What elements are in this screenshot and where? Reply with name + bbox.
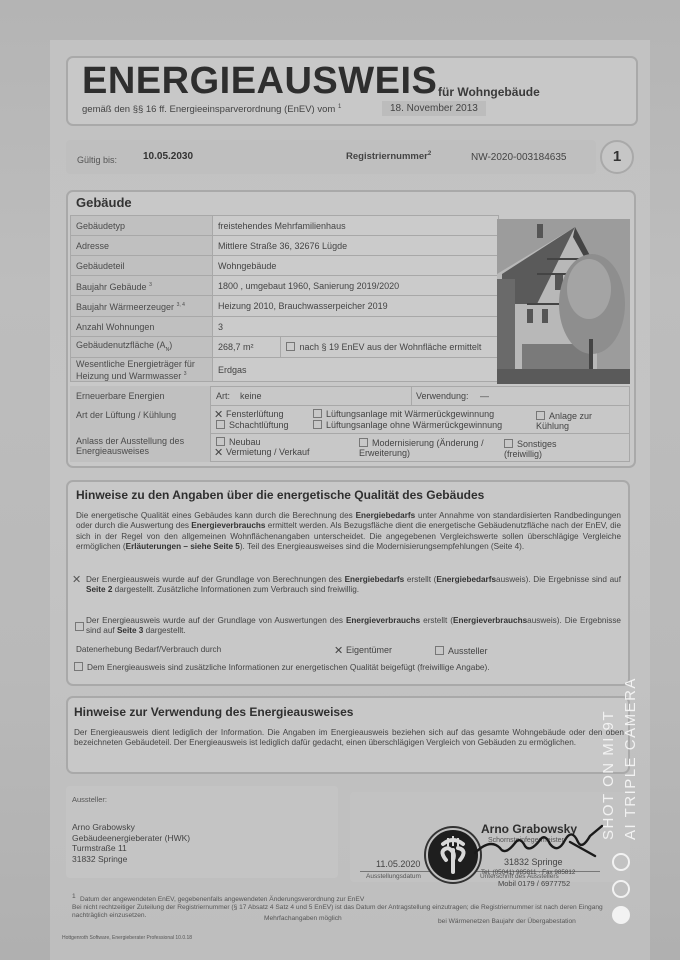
table-row: Gebäudetyp freistehendes Mehrfamilienhau… (71, 216, 499, 236)
option-label: Dem Energieausweis sind zusätzliche Info… (87, 662, 490, 672)
row-label: Adresse (71, 236, 213, 256)
option-consumption-text: Der Energieausweis wurde auf der Grundla… (86, 616, 621, 637)
option-label: Vermietung / Verkauf (226, 447, 310, 457)
ventilation-option-cooling[interactable]: Anlage zur Kühlung (536, 411, 606, 431)
occasion-option-new[interactable]: Neubau (216, 437, 261, 447)
row-label-text: Gebäudenutzfläche (A (76, 340, 166, 350)
row-label: Anzahl Wohnungen (71, 317, 213, 337)
option-label: nach § 19 EnEV aus der Wohnfläche ermitt… (299, 342, 481, 352)
row-label: Baujahr Gebäude 3 (71, 276, 213, 296)
renewable-type-value: keine (240, 391, 262, 401)
occasion-option-other[interactable]: Sonstiges (freiwillig) (504, 439, 584, 459)
handwritten-signature-icon (470, 818, 610, 863)
option-label: Aussteller (448, 646, 488, 656)
option-label: Fensterlüftung (226, 409, 284, 419)
footnote-marker: 1 (338, 104, 341, 110)
checkbox-unchecked[interactable] (313, 409, 322, 418)
issuer-name: Arno Grabowsky (72, 822, 190, 833)
building-photo (497, 219, 630, 384)
watermark-circle-icon (612, 853, 630, 871)
row-value: Mittlere Straße 36, 32676 Lügde (213, 236, 499, 256)
row-label: Wesentliche Energieträger für Heizung un… (71, 358, 213, 382)
row-label-text: Baujahr Gebäude (76, 282, 147, 292)
renewable-type-label: Art: (216, 391, 230, 401)
table-row: Baujahr Gebäude 3 1800 , umgebaut 1960, … (71, 276, 499, 296)
divider (411, 386, 412, 406)
software-credit: Hottgenroth Software, Energieberater Pro… (62, 934, 192, 942)
camera-watermark-line2: AI TRIPLE CAMERA (622, 677, 640, 840)
row-label-text: Baujahr Wärmeerzeuger (76, 302, 174, 312)
option-label: Schachtlüftung (229, 420, 289, 430)
checkbox-unchecked[interactable] (216, 420, 225, 429)
label-end: ) (169, 340, 172, 350)
ventilation-option-heat-recovery[interactable]: Lüftungsanlage mit Wärmerückgewinnung (313, 409, 494, 419)
registration-number: NW-2020-003184635 (471, 152, 566, 163)
issuer-city: 31832 Springe (72, 854, 190, 865)
checkbox-unchecked[interactable] (286, 342, 295, 351)
table-row: Adresse Mittlere Straße 36, 32676 Lügde (71, 236, 499, 256)
usage-notes-text: Der Energieausweis dient lediglich der I… (74, 728, 624, 749)
footnote-marker: 3, 4 (177, 302, 185, 308)
option-demand-text: Der Energieausweis wurde auf der Grundla… (86, 575, 621, 596)
issue-date-label: Ausstellungsdatum (366, 873, 421, 880)
registration-label-text: Registriernummer (346, 151, 428, 162)
row-label: Baujahr Wärmeerzeuger 3, 4 (71, 296, 213, 317)
camera-watermark-line1: SHOT ON MI 9T (600, 710, 618, 840)
renewable-usage-value: — (480, 391, 489, 401)
data-collection-label: Datenerhebung Bedarf/Verbrauch durch (76, 645, 221, 655)
table-row: Gebäudeteil Wohngebäude (71, 256, 499, 276)
valid-until-label: Gültig bis: (77, 155, 117, 165)
checkbox-unchecked[interactable] (75, 622, 84, 631)
footnote-marker: 3 (184, 371, 187, 377)
row-label-text: Wesentliche Energieträger für Heizung un… (76, 359, 195, 381)
option-label: Eigentümer (346, 645, 392, 655)
issuer-address: Arno Grabowsky Gebäudeenergieberater (HW… (72, 822, 190, 864)
row-label: Gebäudenutzfläche (AN) (71, 337, 213, 358)
row-value: 3 (213, 317, 499, 337)
watermark-circle-icon (612, 880, 630, 898)
regulation-text: gemäß den §§ 16 ff. Energieeinsparverord… (82, 104, 335, 115)
checkbox-checked[interactable]: ✕ (72, 573, 81, 586)
table-row: Wesentliche Energieträger für Heizung un… (71, 358, 499, 382)
checkbox-unchecked[interactable] (359, 438, 368, 447)
row-label: Gebäudeteil (71, 256, 213, 276)
quality-notes-intro: Die energetische Qualität eines Gebäudes… (76, 511, 621, 553)
document-subtitle: für Wohngebäude (438, 85, 540, 99)
occasion-label: Anlass der Ausstellung des Energieauswei… (76, 436, 206, 456)
issuer-title: Gebäudeenergieberater (HWK) (72, 833, 190, 844)
usage-notes-title: Hinweise zur Verwendung des Energieauswe… (74, 705, 353, 719)
stamp-phone: Tel. (05041) 985811 · Fax 985812 (481, 869, 575, 876)
occasion-option-rent-sale[interactable]: ✕Vermietung / Verkauf (214, 447, 310, 458)
table-row: Gebäudenutzfläche (AN) 268,7 m² nach § 1… (71, 337, 499, 358)
stamp-mobile: Mobil 0179 / 6977752 (498, 879, 570, 888)
option-label: Neubau (229, 437, 261, 447)
footnote-3: Mehrfachangaben möglich (264, 915, 342, 923)
ventilation-option-shaft[interactable]: Schachtlüftung (216, 420, 289, 430)
row-label: Gebäudetyp (71, 216, 213, 236)
valid-until-value: 10.05.2030 (143, 151, 193, 162)
option-label: Lüftungsanlage ohne Wärmerückgewinnung (326, 420, 502, 430)
occasion-option-modernization[interactable]: Modernisierung (Änderung / Erweiterung) (359, 438, 499, 458)
checkbox-checked[interactable]: ✕ (334, 646, 344, 656)
page-number: 1 (600, 140, 634, 174)
building-section-title: Gebäude (76, 195, 132, 210)
area-option[interactable]: nach § 19 EnEV aus der Wohnfläche ermitt… (281, 337, 499, 358)
data-collection-owner[interactable]: ✕Eigentümer (334, 645, 392, 656)
issue-date: 11.05.2020 (376, 859, 420, 869)
checkbox-unchecked[interactable] (216, 437, 225, 446)
footnote-1-marker: 1 (72, 893, 76, 901)
footnote-marker: 3 (149, 282, 152, 288)
option-label: Lüftungsanlage mit Wärmerückgewinnung (326, 409, 494, 419)
issuer-label: Aussteller: (72, 795, 107, 804)
row-value: 1800 , umgebaut 1960, Sanierung 2019/202… (213, 276, 499, 296)
document-title: ENERGIEAUSWEIS (82, 61, 437, 101)
registration-label: Registriernummer2 (346, 151, 431, 162)
checkbox-checked[interactable]: ✕ (214, 410, 224, 420)
renewable-usage-label: Verwendung: (416, 391, 469, 401)
table-row: Baujahr Wärmeerzeuger 3, 4 Heizung 2010,… (71, 296, 499, 317)
regulation-line: gemäß den §§ 16 ff. Energieeinsparverord… (82, 104, 341, 115)
checkbox-unchecked[interactable] (435, 646, 444, 655)
checkbox-unchecked[interactable] (536, 411, 545, 420)
checkbox-unchecked[interactable] (504, 439, 513, 448)
building-table: Gebäudetyp freistehendes Mehrfamilienhau… (70, 215, 499, 382)
footnote-1: Datum der angewendeten EnEV, gegebenenfa… (80, 896, 410, 904)
ventilation-label: Art der Lüftung / Kühlung (76, 410, 176, 420)
footnote-4: bei Wärmenetzen Baujahr der Übergabestat… (438, 918, 576, 926)
quality-notes-title: Hinweise zu den Angaben über die energet… (76, 488, 484, 502)
checkbox-unchecked[interactable] (74, 662, 83, 671)
option-label: Modernisierung (Änderung / Erweiterung) (359, 438, 484, 458)
row-value: Heizung 2010, Brauchwasserpeicher 2019 (213, 296, 499, 317)
house-photo-icon (497, 219, 630, 384)
ventilation-option-no-heat-recovery[interactable]: Lüftungsanlage ohne Wärmerückgewinnung (313, 420, 502, 430)
additional-info-option[interactable]: Dem Energieausweis sind zusätzliche Info… (74, 662, 490, 672)
footnote-marker: 2 (428, 151, 431, 157)
issuer-street: Turmstraße 11 (72, 843, 190, 854)
renewable-label: Erneuerbare Energien (76, 391, 165, 401)
checkbox-checked[interactable]: ✕ (214, 448, 224, 458)
row-value: Erdgas (213, 358, 499, 382)
table-row: Anzahl Wohnungen 3 (71, 317, 499, 337)
regulation-date: 18. November 2013 (382, 101, 486, 116)
ventilation-option-window[interactable]: ✕Fensterlüftung (214, 409, 284, 420)
row-value: Wohngebäude (213, 256, 499, 276)
checkbox-unchecked[interactable] (313, 420, 322, 429)
data-collection-issuer[interactable]: Aussteller (435, 646, 488, 656)
row-value: freistehendes Mehrfamilienhaus (213, 216, 499, 236)
row-value: 268,7 m² (213, 337, 281, 358)
watermark-dot-icon (612, 906, 630, 924)
